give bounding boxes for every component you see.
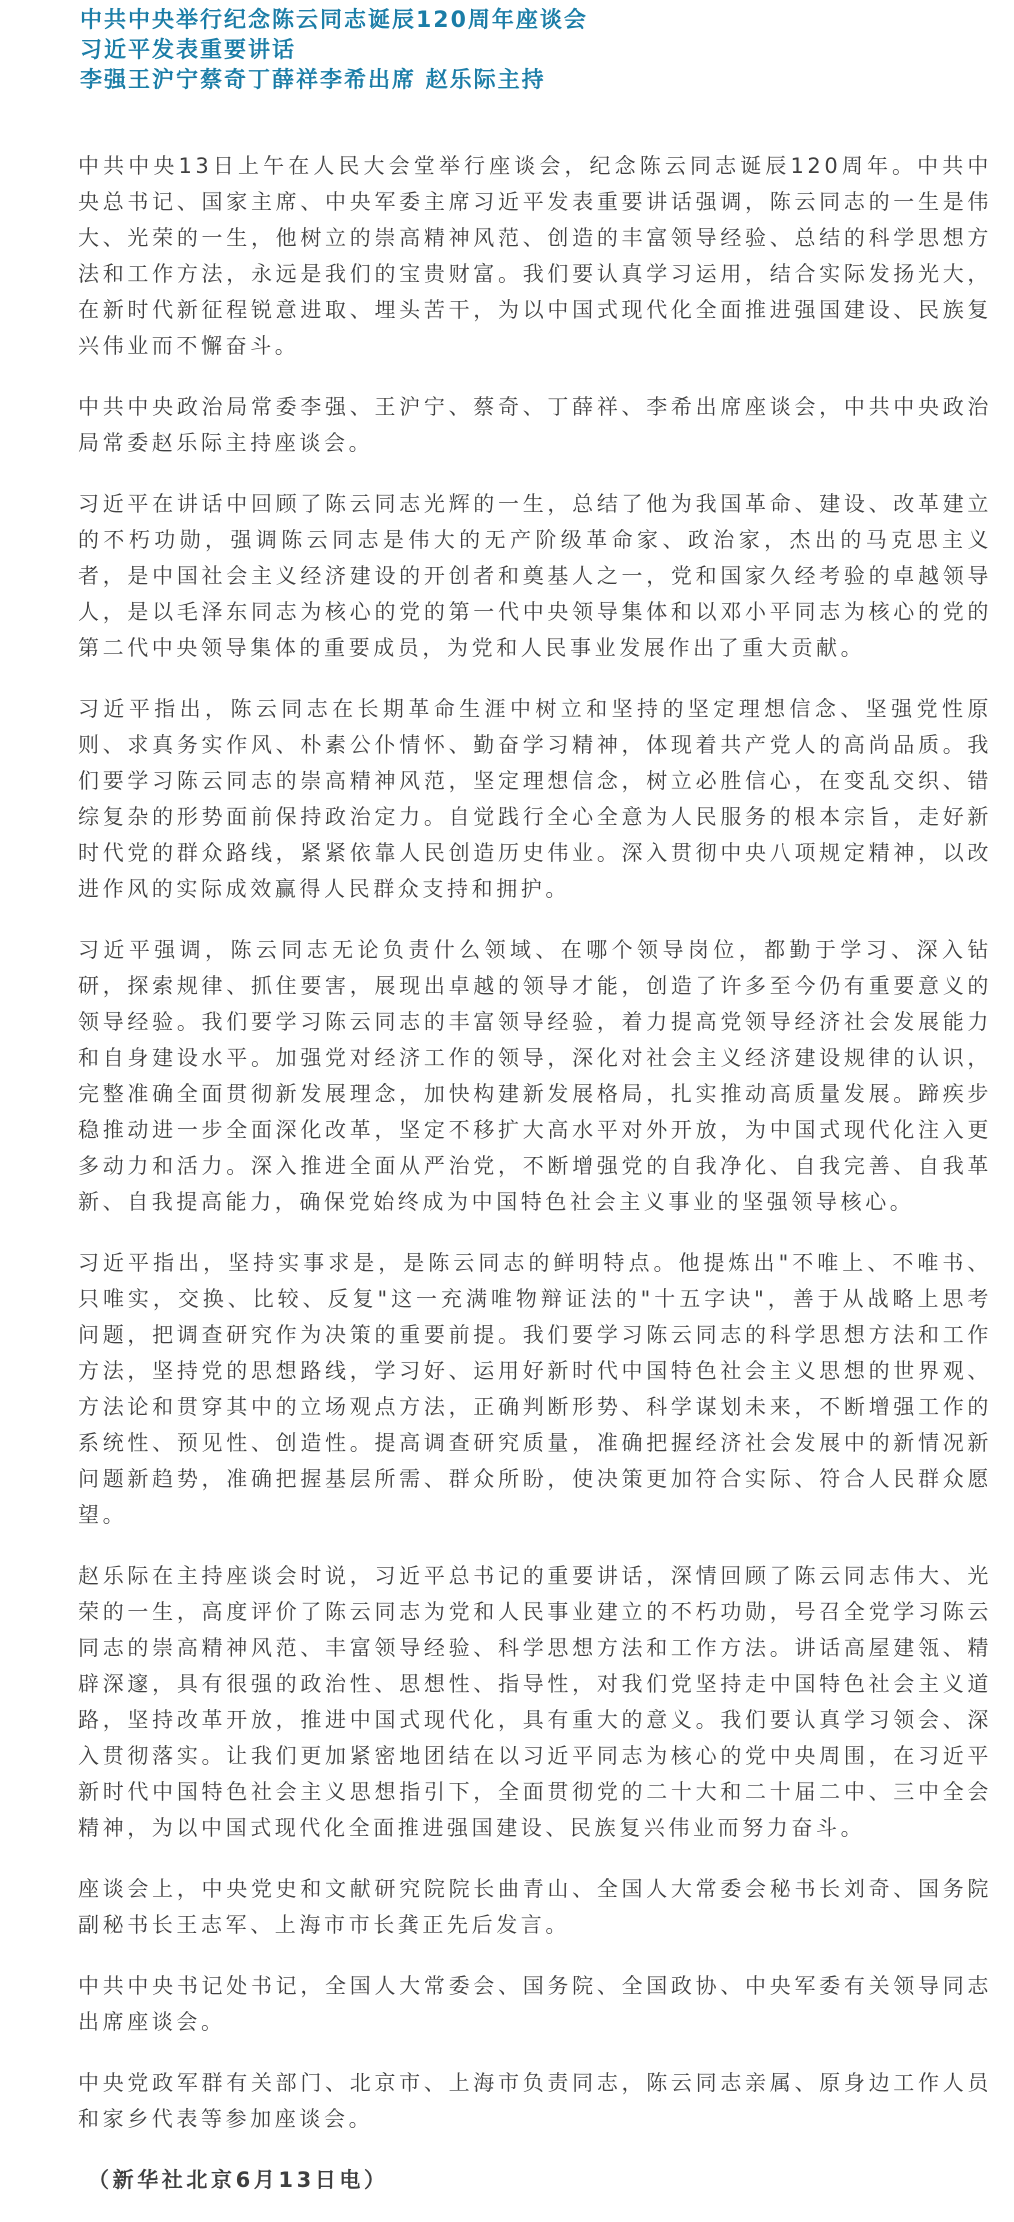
news-article: 中共中央举行纪念陈云同志诞辰120周年座谈会 习近平发表重要讲话 李强王沪宁蔡奇… [0,0,1014,2222]
paragraph-attendees: 中共中央政治局常委李强、王沪宁、蔡奇、丁薛祥、李希出席座谈会，中共中央政治局常委… [78,389,992,461]
paragraph-speakers: 座谈会上，中央党史和文献研究院院长曲青山、全国人大常委会秘书长刘奇、国务院副秘书… [78,1871,992,1943]
signoff: （新华社北京6月13日电） [78,2162,992,2198]
title-line-1: 中共中央举行纪念陈云同志诞辰120周年座谈会 [80,6,992,36]
paragraph-speech-methods: 习近平指出，坚持实事求是，是陈云同志的鲜明特点。他提炼出"不唯上、不唯书、只唯实… [78,1245,992,1533]
title-line-3: 李强王沪宁蔡奇丁薛祥李希出席 赵乐际主持 [80,66,992,96]
title-line-2: 习近平发表重要讲话 [80,36,992,66]
article-body: 中共中央13日上午在人民大会堂举行座谈会，纪念陈云同志诞辰120周年。中共中央总… [78,148,992,2198]
paragraph-speech-leadership: 习近平强调，陈云同志无论负责什么领域、在哪个领导岗位，都勤于学习、深入钻研，探索… [78,932,992,1220]
article-title: 中共中央举行纪念陈云同志诞辰120周年座谈会 习近平发表重要讲话 李强王沪宁蔡奇… [80,6,992,96]
paragraph-speech-spirit: 习近平指出，陈云同志在长期革命生涯中树立和坚持的坚定理想信念、坚强党性原则、求真… [78,691,992,907]
paragraph-lead: 中共中央13日上午在人民大会堂举行座谈会，纪念陈云同志诞辰120周年。中共中央总… [78,148,992,364]
paragraph-other-participants: 中央党政军群有关部门、北京市、上海市负责同志，陈云同志亲属、原身边工作人员和家乡… [78,2065,992,2137]
paragraph-speech-overview: 习近平在讲话中回顾了陈云同志光辉的一生，总结了他为我国革命、建设、改革建立的不朽… [78,486,992,666]
paragraph-host-remarks: 赵乐际在主持座谈会时说，习近平总书记的重要讲话，深情回顾了陈云同志伟大、光荣的一… [78,1558,992,1846]
paragraph-officials-present: 中共中央书记处书记，全国人大常委会、国务院、全国政协、中央军委有关领导同志出席座… [78,1968,992,2040]
